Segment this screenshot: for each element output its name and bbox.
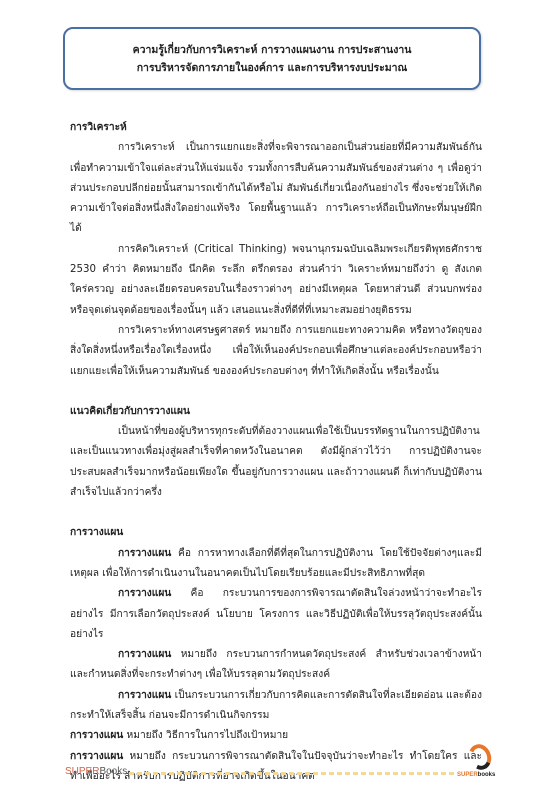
keyword: การวางแผน [118, 548, 171, 559]
section-heading-planning-concept: แนวคิดเกี่ยวกับการวางแผน [70, 402, 482, 422]
footer-brand: SUPERBooks [65, 766, 127, 777]
footer-dotted-line [129, 772, 456, 775]
keyword: การวางแผน [70, 751, 123, 762]
planning-definition-3: การวางแผน หมายถึง กระบวนการกำหนดวัตถุประ… [70, 645, 482, 686]
page-footer: SUPERBooks SUPERbooks [65, 762, 505, 792]
swirl-logo-icon [465, 741, 495, 773]
title-line-1: ความรู้เกี่ยวกับการวิเคราะห์ การวางแผนงา… [133, 41, 412, 59]
keyword: การวางแผน [118, 588, 171, 599]
planning-concept-paragraph: เป็นหน้าที่ของผู้บริหารทุกระดับที่ต้องวา… [70, 422, 482, 503]
section-heading-analysis: การวิเคราะห์ [70, 118, 482, 138]
keyword: การวางแผน [70, 730, 123, 741]
planning-definition-1: การวางแผน คือ การหาทางเลือกที่ดีที่สุดใน… [70, 544, 482, 585]
keyword: การวางแผน [118, 690, 171, 701]
analysis-paragraph-3: การวิเคราะห์ทางเศรษฐศาสตร์ หมายถึง การแย… [70, 321, 482, 382]
section-heading-planning: การวางแผน [70, 523, 482, 543]
document-body: การวิเคราะห์ การวิเคราะห์ เป็นการแยกแยะส… [70, 118, 482, 787]
superbooks-logo: SUPERbooks [457, 744, 503, 784]
keyword: การวางแผน [118, 649, 171, 660]
planning-definition-2: การวางแผน คือ กระบวนการของการพิจารณาตัดส… [70, 584, 482, 645]
planning-definition-4: การวางแผน เป็นกระบวนการเกี่ยวกับการคิดแล… [70, 686, 482, 727]
title-line-2: การบริหารจัดการภายในองค์การ และการบริหาร… [137, 59, 408, 77]
title-box: ความรู้เกี่ยวกับการวิเคราะห์ การวางแผนงา… [63, 27, 481, 90]
analysis-paragraph-2: การคิดวิเคราะห์ (Critical Thinking) พจนา… [70, 240, 482, 321]
analysis-paragraph-1: การวิเคราะห์ เป็นการแยกแยะสิ่งที่จะพิจาร… [70, 138, 482, 239]
planning-definition-5: การวางแผน หมายถึง วิธีการในการไปถึงเป้าห… [70, 726, 482, 746]
